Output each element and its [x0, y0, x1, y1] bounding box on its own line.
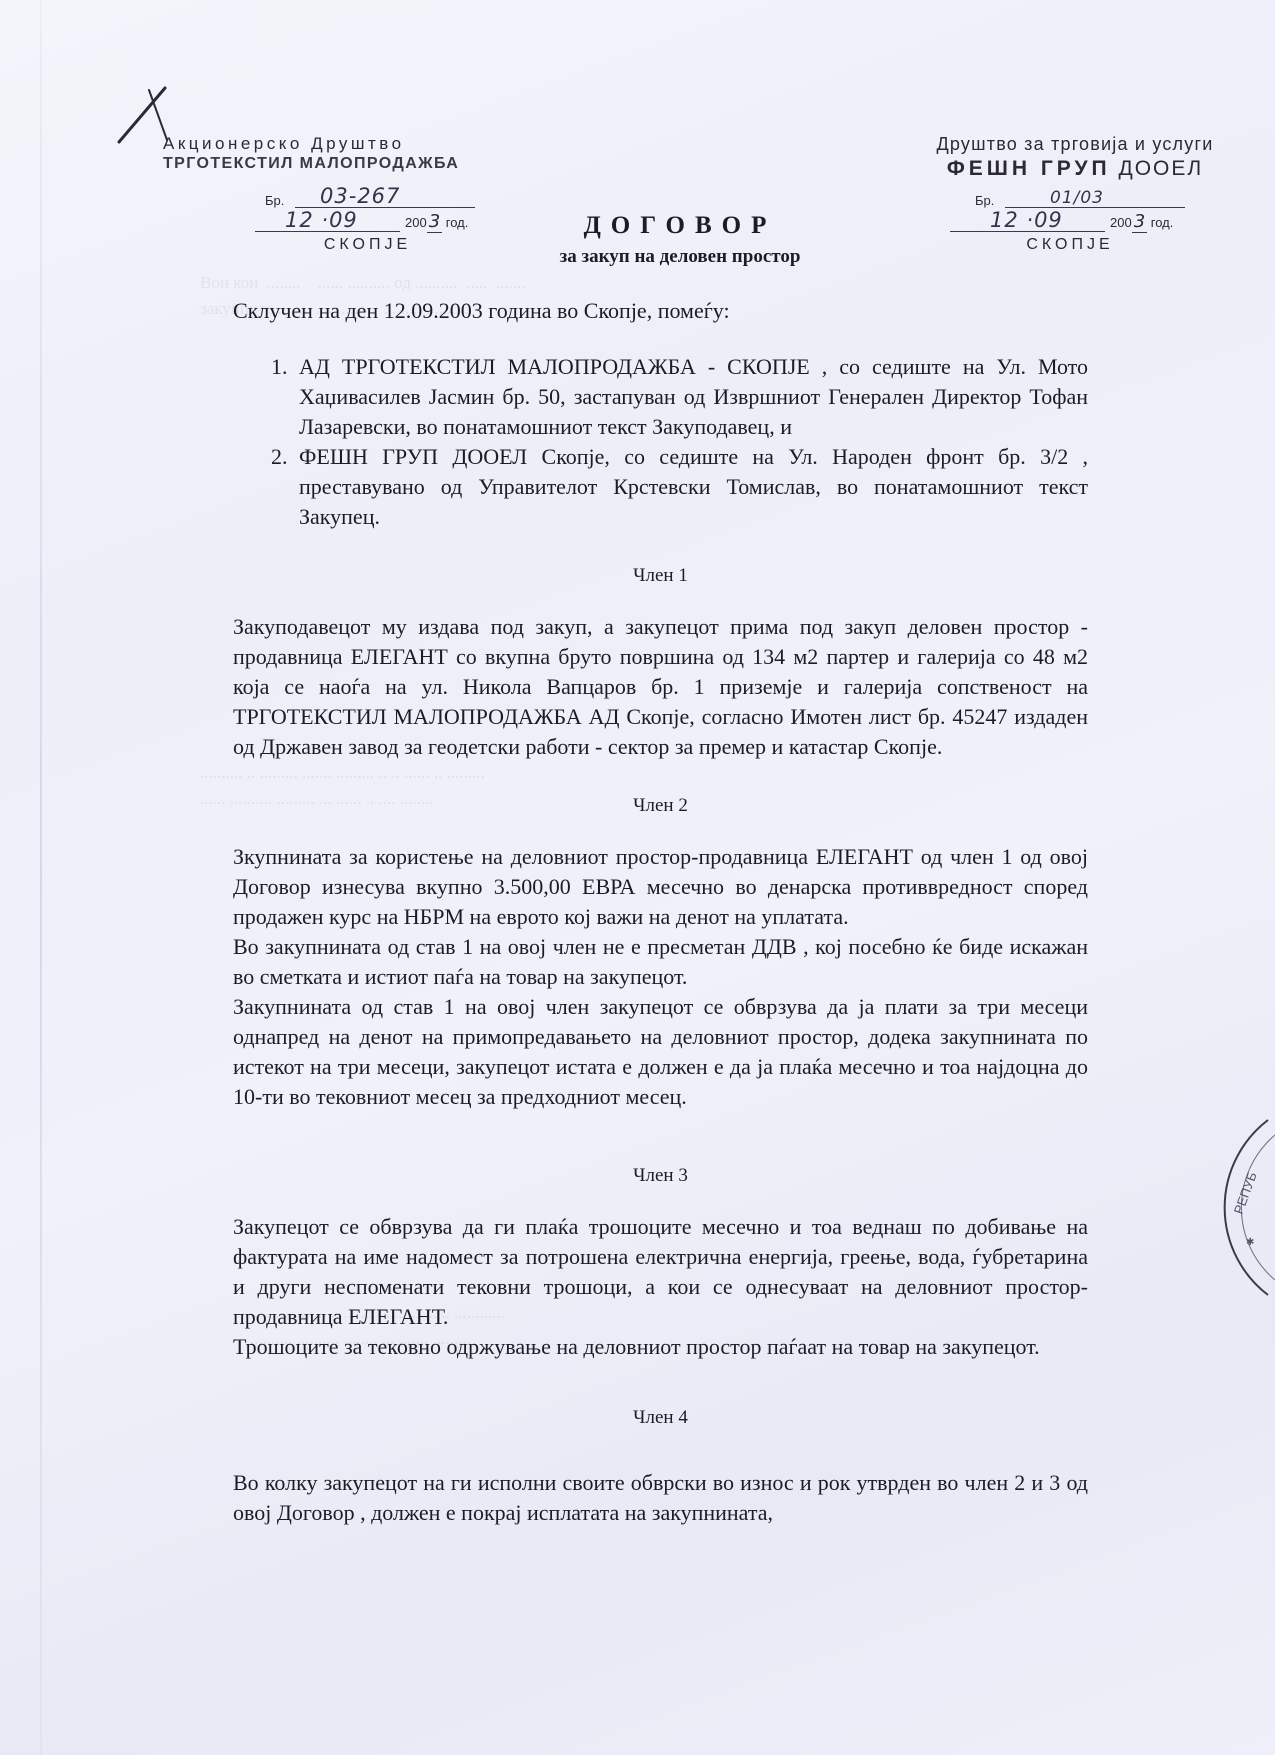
left-date-value: 12 ·09 — [285, 208, 358, 232]
right-company-stamp: Друштво за трговија и услуги ФЕШН ГРУП Д… — [905, 134, 1245, 181]
right-registration-block: Бр. 01/03 12 ·09 2003 год. СКОПЈЕ — [950, 186, 1190, 254]
clause-2-paragraph: Зкупнината за користење на деловниот про… — [233, 842, 1088, 932]
clause-2-title: Член 2 — [233, 794, 1088, 818]
clause-4-paragraph: Во колку закупецот на ги исполни своите … — [233, 1468, 1088, 1528]
party-item: АД ТРГОТЕКСТИЛ МАЛОПРОДАЖБА - СКОПЈЕ , с… — [293, 352, 1088, 442]
right-stamp-city: СКОПЈЕ — [950, 236, 1190, 254]
clause-3-paragraph: Закупецот се обврзува да ги плаќа трошоц… — [233, 1212, 1088, 1332]
left-year: 2003 год. — [405, 211, 468, 232]
right-year: 2003 год. — [1110, 211, 1173, 232]
clause-2-paragraph: Закупнината од став 1 на овој член закуп… — [233, 992, 1088, 1112]
clause-3-paragraph: Трошоците за тековно одржување на деловн… — [233, 1332, 1088, 1362]
document-title: ДОГОВОР — [480, 212, 880, 240]
official-round-stamp-fragment: РЕПУБ ✱ — [1150, 1105, 1275, 1305]
document-subtitle: за закуп на деловен простор — [480, 246, 880, 268]
left-registration-block: Бр. 03-267 12 ·09 2003 год. СКОПЈЕ — [255, 186, 480, 254]
svg-text:✱: ✱ — [1246, 1237, 1254, 1248]
left-stamp-company-name: ТРГОТЕКСТИЛ МАЛОПРОДАЖБА — [163, 155, 543, 173]
clause-4-title: Член 4 — [233, 1406, 1088, 1430]
right-stamp-company-type: Друштво за трговија и услуги — [905, 134, 1245, 155]
clause-2-paragraph: Во закупнината од став 1 на овој член не… — [233, 932, 1088, 992]
right-date-value: 12 ·09 — [990, 208, 1063, 232]
document-title-block: ДОГОВОР за закуп на деловен простор — [480, 212, 880, 268]
clause-1-paragraph: Закуподавецот му издава под закуп, а зак… — [233, 612, 1088, 762]
right-number-label: Бр. — [975, 193, 994, 208]
page-edge-shadow — [40, 0, 42, 1755]
left-number-label: Бр. — [265, 193, 284, 208]
document-body: Склучен на ден 12.09.2003 година во Скоп… — [233, 296, 1088, 1528]
right-number-value: 01/03 — [1050, 188, 1104, 208]
clause-1-title: Член 1 — [233, 564, 1088, 588]
left-stamp-company-type: Акционерско Друштво — [163, 134, 543, 154]
left-stamp-city: СКОПЈЕ — [255, 236, 480, 254]
parties-list: АД ТРГОТЕКСТИЛ МАЛОПРОДАЖБА - СКОПЈЕ , с… — [233, 352, 1088, 532]
party-item: ФЕШН ГРУП ДООЕЛ Скопје, со седиште на Ул… — [293, 442, 1088, 532]
svg-text:РЕПУБ: РЕПУБ — [1231, 1170, 1260, 1216]
intro-line: Склучен на ден 12.09.2003 година во Скоп… — [233, 296, 1088, 326]
left-company-stamp: Акционерско Друштво ТРГОТЕКСТИЛ МАЛОПРОД… — [163, 134, 543, 173]
left-number-value: 03-267 — [320, 184, 400, 208]
right-stamp-company-name: ФЕШН ГРУП ДООЕЛ — [905, 157, 1245, 181]
clause-3-title: Член 3 — [233, 1164, 1088, 1188]
